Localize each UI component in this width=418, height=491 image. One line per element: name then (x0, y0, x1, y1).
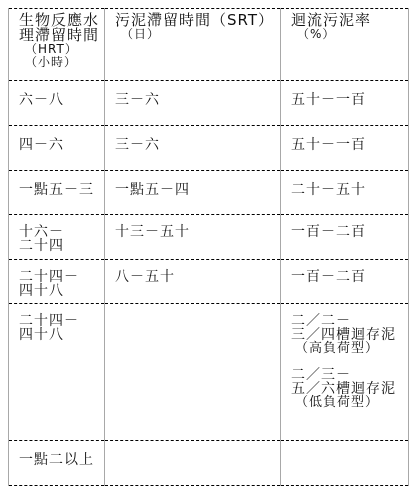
recycle-value: 二十－五十 (291, 175, 408, 198)
cell-srt (105, 441, 281, 486)
recycle-notes: 二／二－ 三／四槽迴存泥 （高負荷型） 二／三－ 五／六槽迴存泥 （低負荷型） (291, 308, 408, 410)
process-parameter-table: 生物反應水 理滯留時間 （HRT） （小時） 污泥滯留時間（SRT） （日） 迴… (8, 8, 409, 486)
cell-srt: 三－六 (105, 126, 281, 171)
cell-recycle: 五十－一百 (281, 81, 409, 126)
table-row: 二十四－ 四十八 八－五十 一百－二百 (9, 260, 409, 304)
hrt-value-line-2: 二十四 (19, 239, 104, 253)
recycle-value: 一百－二百 (291, 219, 408, 240)
table-row: 二十四－ 四十八 二／二－ 三／四槽迴存泥 （高負荷型） 二／三－ 五／六槽迴存… (9, 304, 409, 441)
high-load-line-2: 三／四槽迴存泥 (291, 328, 408, 342)
header-hrt-unit: （小時） (19, 56, 104, 69)
table-row: 一點二以上 (9, 441, 409, 486)
low-load-line-2: 五／六槽迴存泥 (291, 382, 408, 396)
srt-value: 一點五－四 (115, 175, 280, 198)
hrt-value: 六－八 (19, 85, 104, 108)
cell-srt: 一點五－四 (105, 171, 281, 215)
cell-recycle: 一百－二百 (281, 260, 409, 304)
cell-hrt: 二十四－ 四十八 (9, 260, 105, 304)
srt-value: 十三－五十 (115, 219, 280, 240)
low-load-type: （低負荷型） (291, 396, 408, 410)
table-row: 十六－ 二十四 十三－五十 一百－二百 (9, 215, 409, 260)
low-load-line-1: 二／三－ (291, 368, 408, 382)
hrt-value: 一點五－三 (19, 175, 104, 198)
cell-recycle (281, 441, 409, 486)
cell-recycle: 五十－一百 (281, 126, 409, 171)
hrt-value-line-2: 四十八 (19, 328, 104, 342)
hrt-value: 四－六 (19, 130, 104, 153)
header-srt: 污泥滯留時間（SRT） （日） (105, 9, 281, 81)
hrt-value-line-1: 二十四－ (19, 308, 104, 328)
cell-recycle: 一百－二百 (281, 215, 409, 260)
cell-hrt: 十六－ 二十四 (9, 215, 105, 260)
recycle-value (291, 445, 408, 453)
cell-recycle: 二／二－ 三／四槽迴存泥 （高負荷型） 二／三－ 五／六槽迴存泥 （低負荷型） (281, 304, 409, 441)
cell-recycle: 二十－五十 (281, 171, 409, 215)
hrt-value-line-1: 二十四－ (19, 264, 104, 284)
recycle-value: 五十－一百 (291, 85, 408, 108)
srt-value: 三－六 (115, 85, 280, 108)
hrt-value-line-1: 十六－ (19, 219, 104, 239)
header-hrt-line-2: 理滯留時間 (19, 28, 104, 43)
recycle-value: 一百－二百 (291, 264, 408, 285)
srt-value: 八－五十 (115, 264, 280, 285)
high-load-line-1: 二／二－ (291, 314, 408, 328)
header-srt-label: 污泥滯留時間（SRT） (115, 13, 280, 28)
recycle-value: 五十－一百 (291, 130, 408, 153)
table-row: 六－八 三－六 五十－一百 (9, 81, 409, 126)
header-row: 生物反應水 理滯留時間 （HRT） （小時） 污泥滯留時間（SRT） （日） 迴… (9, 9, 409, 81)
cell-hrt: 二十四－ 四十八 (9, 304, 105, 441)
header-hrt: 生物反應水 理滯留時間 （HRT） （小時） (9, 9, 105, 81)
cell-srt: 三－六 (105, 81, 281, 126)
cell-hrt: 一點五－三 (9, 171, 105, 215)
cell-hrt: 一點二以上 (9, 441, 105, 486)
header-recycle: 迴流污泥率 （%） (281, 9, 409, 81)
srt-value (115, 445, 280, 453)
header-recycle-unit: （%） (291, 28, 408, 41)
cell-hrt: 四－六 (9, 126, 105, 171)
hrt-value: 一點二以上 (19, 445, 104, 468)
cell-srt: 十三－五十 (105, 215, 281, 260)
table-row: 一點五－三 一點五－四 二十－五十 (9, 171, 409, 215)
header-srt-unit: （日） (115, 28, 280, 41)
cell-hrt: 六－八 (9, 81, 105, 126)
table-row: 四－六 三－六 五十－一百 (9, 126, 409, 171)
srt-value (115, 308, 280, 316)
cell-srt (105, 304, 281, 441)
high-load-type: （高負荷型） (291, 342, 408, 356)
header-recycle-label: 迴流污泥率 (291, 13, 408, 28)
srt-value: 三－六 (115, 130, 280, 153)
cell-srt: 八－五十 (105, 260, 281, 304)
hrt-value-line-2: 四十八 (19, 284, 104, 298)
